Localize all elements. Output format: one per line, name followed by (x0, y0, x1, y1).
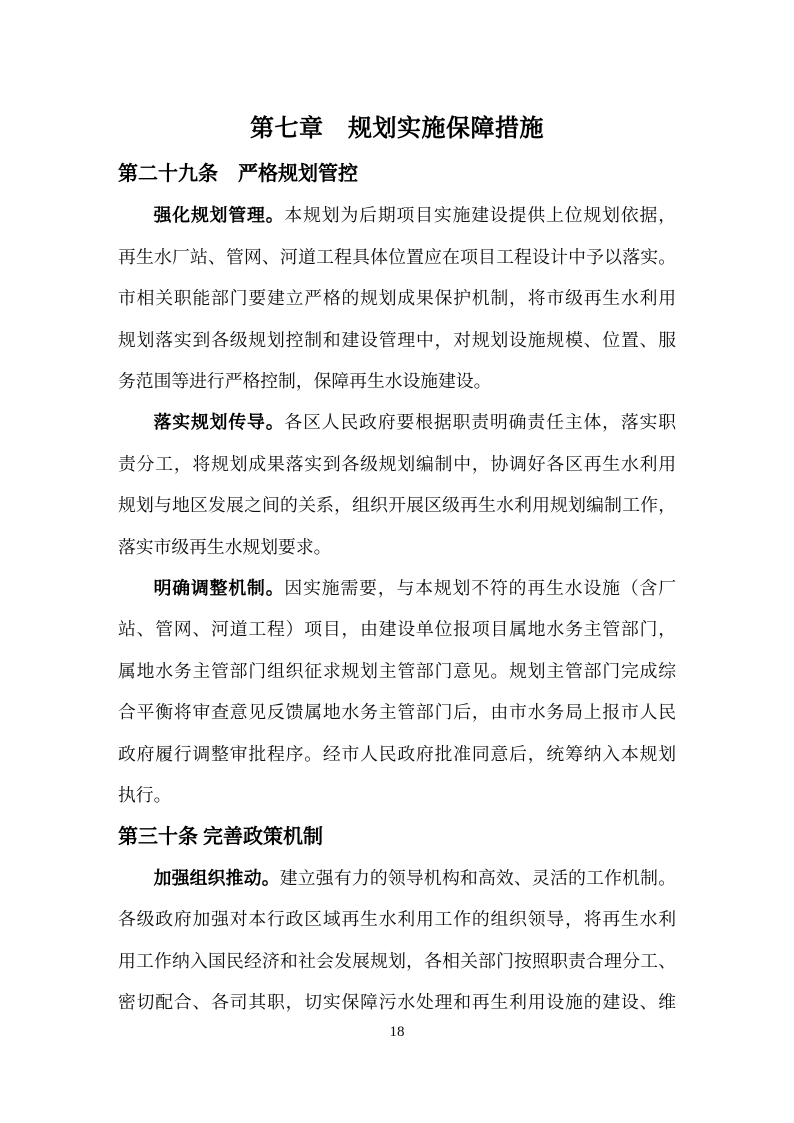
text-line: 务范围等进行严格控制，保障再生水设施建设。 (118, 361, 676, 402)
page-content: 第七章 规划实施保障措施 第二十九条 严格规划管控 强化规划管理。本规划为后期项… (0, 0, 794, 1024)
text-line: 执行。 (118, 775, 676, 816)
text-line: 市相关职能部门要建立严格的规划成果保护机制，将市级再生水利用 (118, 278, 676, 319)
chapter-title: 第七章 规划实施保障措施 (118, 112, 676, 146)
text-line: 合平衡将审查意见反馈属地水务主管部门后，由市水务局上报市人民 (118, 692, 676, 733)
paragraph-lead: 加强组织推动。 (154, 868, 280, 888)
page-number: 18 (0, 1022, 794, 1042)
text-line: 用工作纳入国民经济和社会发展规划，各相关部门按照职责合理分工、 (118, 941, 676, 982)
text-line: 落实规划传导。各区人民政府要根据职责明确责任主体，落实职 (118, 402, 676, 443)
document-page: 第七章 规划实施保障措施 第二十九条 严格规划管控 强化规划管理。本规划为后期项… (0, 0, 794, 1123)
text-line: 各级政府加强对本行政区域再生水利用工作的组织领导，将再生水利 (118, 899, 676, 940)
text-line: 密切配合、各司其职，切实保障污水处理和再生利用设施的建设、维 (118, 982, 676, 1023)
text-line: 政府履行调整审批程序。经市人民政府批准同意后，统筹纳入本规划 (118, 734, 676, 775)
line-text: 因实施需要，与本规划不符的再生水设施（含厂 (284, 578, 676, 598)
paragraph-lead: 强化规划管理。 (154, 205, 285, 225)
clause-29-heading: 第二十九条 严格规划管控 (118, 154, 676, 195)
line-text: 本规划为后期项目实施建设提供上位规划依据， (284, 205, 676, 225)
paragraph-lead: 明确调整机制。 (154, 578, 285, 598)
line-text: 建立强有力的领导机构和高效、灵活的工作机制。 (280, 868, 676, 888)
paragraph-lead: 落实规划传导。 (154, 412, 285, 432)
text-line: 强化规划管理。本规划为后期项目实施建设提供上位规划依据， (118, 195, 676, 236)
text-line: 落实市级再生水规划要求。 (118, 527, 676, 568)
text-line: 规划与地区发展之间的关系，组织开展区级再生水利用规划编制工作， (118, 485, 676, 526)
text-line: 再生水厂站、管网、河道工程具体位置应在项目工程设计中予以落实。 (118, 237, 676, 278)
text-line: 站、管网、河道工程）项目，由建设单位报项目属地水务主管部门， (118, 609, 676, 650)
line-text: 各区人民政府要根据职责明确责任主体，落实职 (284, 412, 676, 432)
text-line: 明确调整机制。因实施需要，与本规划不符的再生水设施（含厂 (118, 568, 676, 609)
text-line: 加强组织推动。建立强有力的领导机构和高效、灵活的工作机制。 (118, 858, 676, 899)
clause-30-heading: 第三十条 完善政策机制 (118, 817, 676, 858)
text-line: 责分工，将规划成果落实到各级规划编制中，协调好各区再生水利用 (118, 444, 676, 485)
text-line: 属地水务主管部门组织征求规划主管部门意见。规划主管部门完成综 (118, 651, 676, 692)
text-line: 规划落实到各级规划控制和建设管理中，对规划设施规模、位置、服 (118, 320, 676, 361)
